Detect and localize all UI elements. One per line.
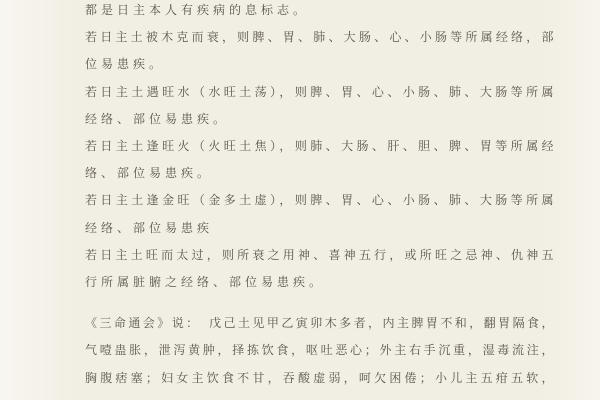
paragraph-gap — [85, 296, 555, 310]
text-line: 胸腹痞塞；妇女主饮食不甘，吞酸虚弱，呵欠困倦；小儿主五疳五软， — [85, 365, 555, 392]
text-line: 都是日主本人有疾病的息标志。 — [85, 0, 555, 24]
text-line: 络、部位易患疾。 — [85, 160, 555, 187]
text-line: 若日主土逢旺火（火旺土焦），则肺、大肠、肝、胆、脾、胃等所属经 — [85, 133, 555, 160]
text-line: 若日主土旺而太过，则所衰之用神、喜神五行，或所旺之忌神、仇神五 — [85, 242, 555, 269]
text-block: 都是日主本人有疾病的息标志。 若日主土被木克而衰，则脾、胃、肺、大肠、心、小肠等… — [85, 0, 555, 392]
text-line: 经络、部位易患疾。 — [85, 106, 555, 133]
scanned-document-page: 都是日主本人有疾病的息标志。 若日主土被木克而衰，则脾、胃、肺、大肠、心、小肠等… — [0, 0, 600, 400]
text-line: 若日主土被木克而衰，则脾、胃、肺、大肠、心、小肠等所属经络，部 — [85, 24, 555, 51]
text-line: 《三命通会》说： 戊己土见甲乙寅卯木多者，内主脾胃不和，翻胃隔食， — [85, 310, 555, 337]
text-line: 若日主土逢金旺（金多土虚），则脾、胃、心、小肠、肺、大肠等所属 — [85, 187, 555, 214]
text-line: 若日主土遇旺水（水旺土荡），则脾、胃、心、小肠、肺、大肠等所属 — [85, 79, 555, 106]
text-line: 经络、部位易患疾 — [85, 215, 555, 242]
text-line: 气噎蛊胀，泄泻黄肿，择拣饮食，呕吐恶心；外主右手沉重，湿毒流注， — [85, 337, 555, 364]
text-line: 行所属脏腑之经络、部位易患疾。 — [85, 269, 555, 296]
text-line: 位易患疾。 — [85, 51, 555, 78]
